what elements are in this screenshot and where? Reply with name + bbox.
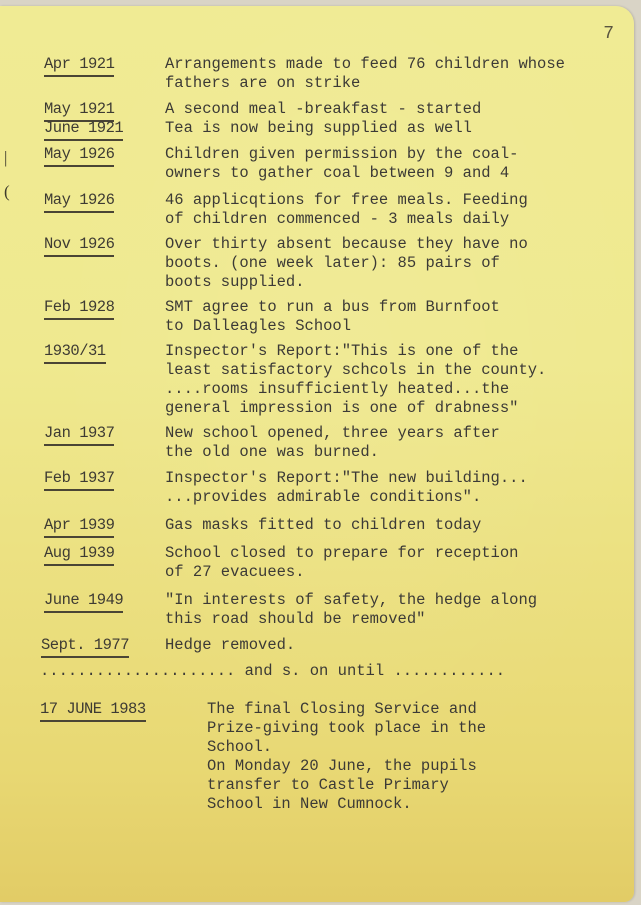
- entry-description: The final Closing Service andPrize-givin…: [207, 700, 486, 814]
- entry-date: 17 JUNE 1983: [40, 700, 146, 719]
- entry-description: Gas masks fitted to children today: [165, 516, 481, 535]
- entry-date: Apr 1921: [44, 55, 114, 74]
- margin-mark: (: [4, 182, 10, 202]
- entry-description: Inspector's Report:"The new building....…: [165, 469, 528, 507]
- entry-description: Over thirty absent because they have nob…: [165, 235, 528, 292]
- entry-date: 1930/31: [44, 342, 106, 361]
- entry-description: SMT agree to run a bus from Burnfootto D…: [165, 298, 500, 336]
- entry-date: Jan 1937: [44, 424, 114, 443]
- entry-date: May 1926: [44, 191, 114, 210]
- entry-description: A second meal -breakfast - started: [165, 100, 481, 119]
- entry-date: June 1921: [44, 119, 123, 138]
- entry-date: Feb 1937: [44, 469, 114, 488]
- entry-description: Inspector's Report:"This is one of thele…: [165, 342, 546, 418]
- entry-description: School closed to prepare for receptionof…: [165, 544, 518, 582]
- entry-date: Nov 1926: [44, 235, 114, 254]
- typed-page: 7 | ( Apr 1921 Arrangements made to feed…: [0, 6, 634, 902]
- entry-date: Feb 1928: [44, 298, 114, 317]
- entry-description: 46 applicqtions for free meals. Feedingo…: [165, 191, 528, 229]
- entry-description: New school opened, three years afterthe …: [165, 424, 500, 462]
- entry-description: Arrangements made to feed 76 children wh…: [165, 55, 565, 93]
- entry-description: Hedge removed.: [165, 636, 295, 655]
- entry-date: Apr 1939: [44, 516, 114, 535]
- entry-description: Tea is now being supplied as well: [165, 119, 472, 138]
- entry-date: May 1926: [44, 145, 114, 164]
- entry-date: Sept. 1977: [41, 636, 129, 655]
- entry-description: Children given permission by the coal-ow…: [165, 145, 518, 183]
- entry-date: May 1921: [44, 100, 114, 119]
- continuation-line: ..................... and s. on until ..…: [40, 662, 505, 680]
- entry-date: June 1949: [44, 591, 123, 610]
- page-number: 7: [603, 24, 614, 44]
- entry-date: Aug 1939: [44, 544, 114, 563]
- entry-description: "In interests of safety, the hedge along…: [165, 591, 537, 629]
- margin-mark: |: [4, 148, 7, 168]
